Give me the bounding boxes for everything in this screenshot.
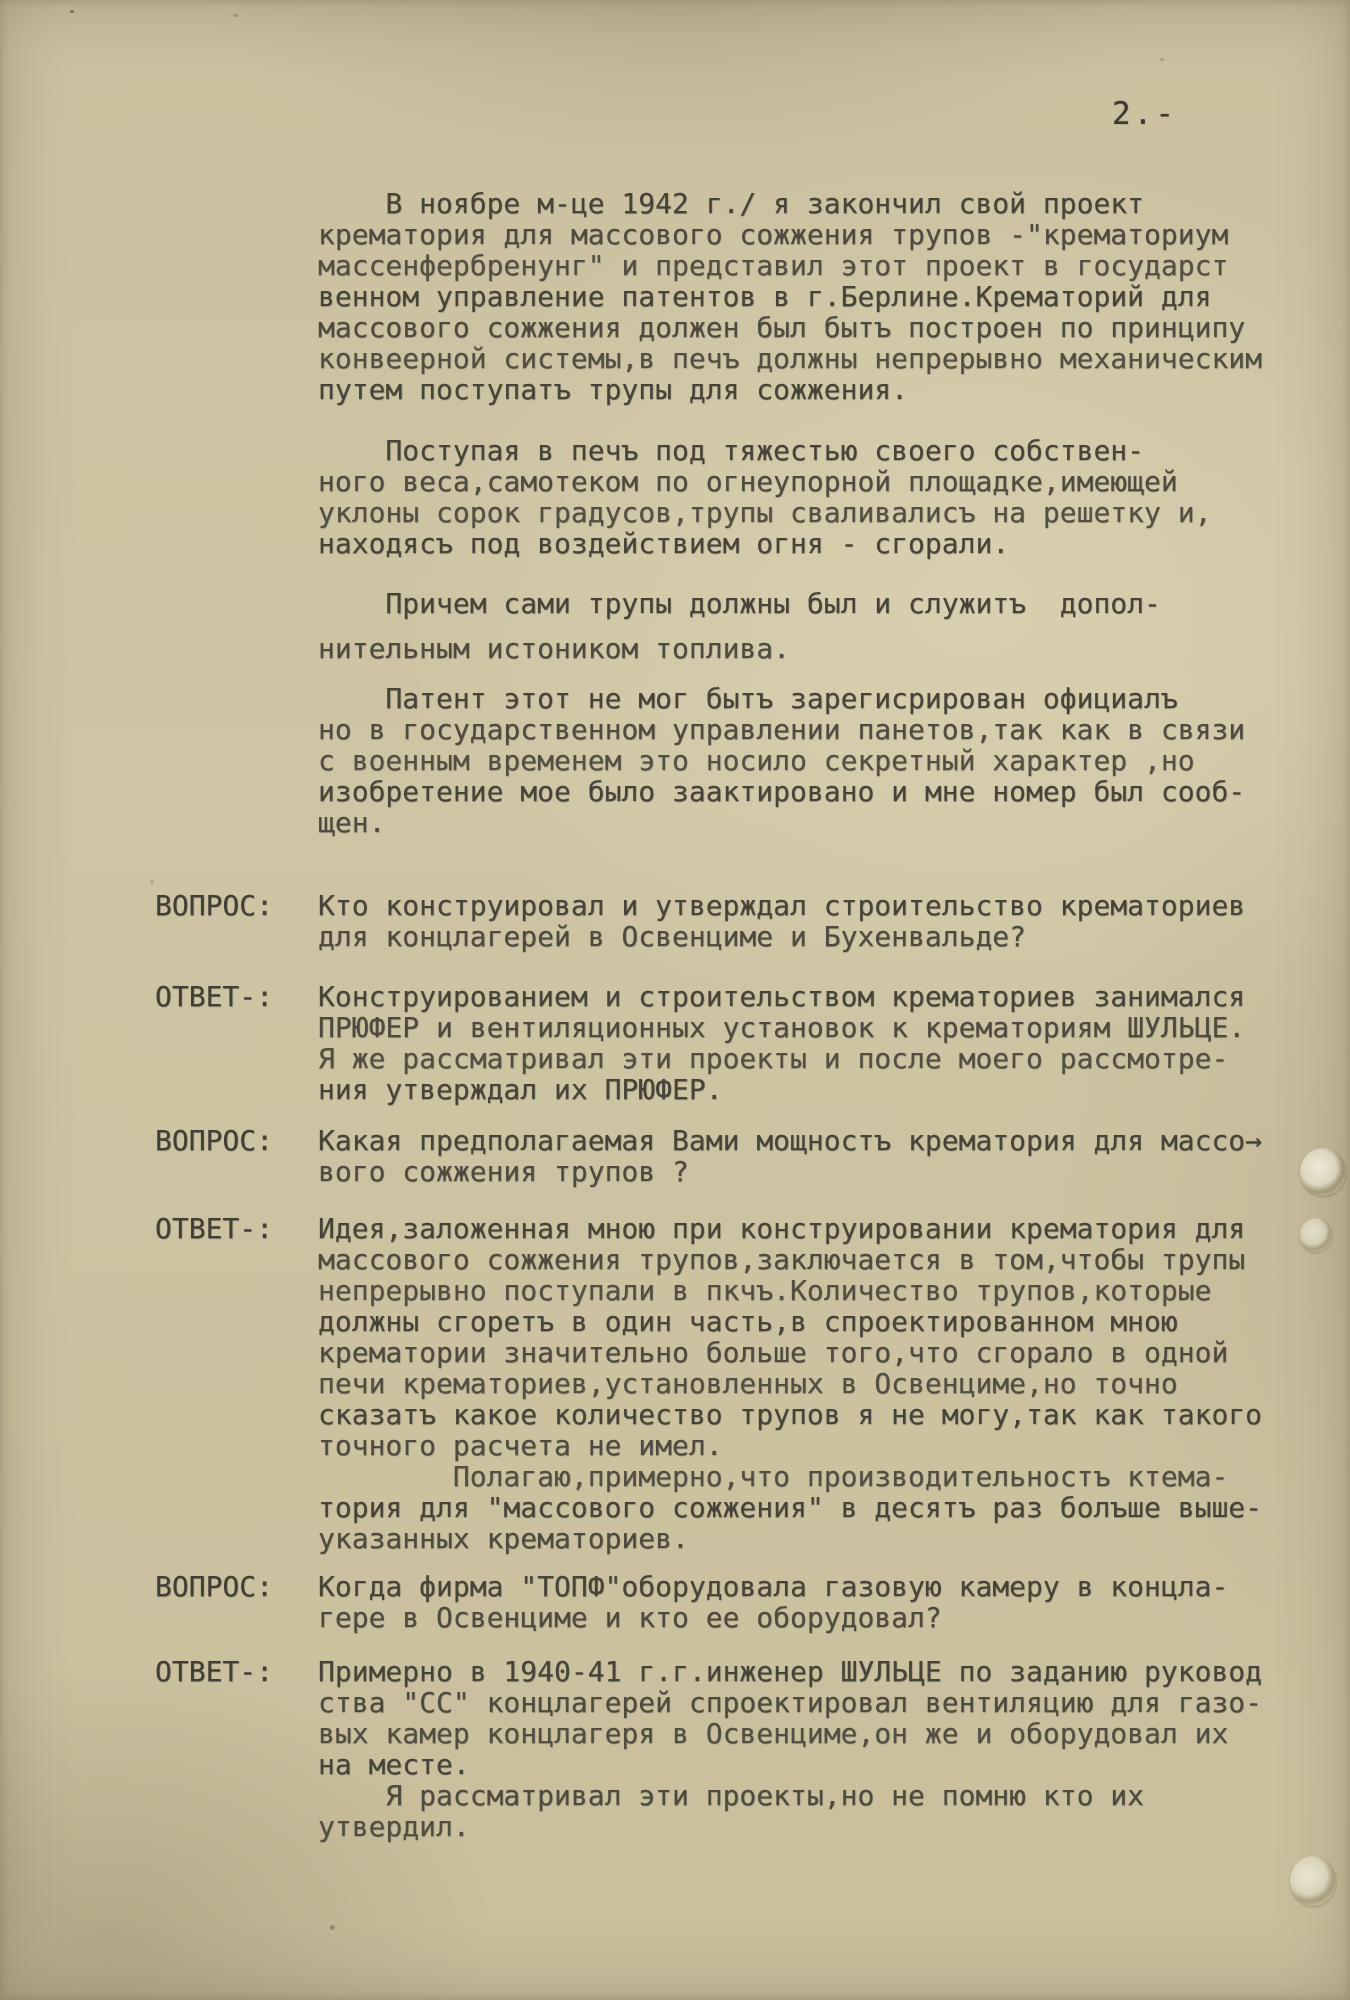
scanned-document-page: 2.- В ноябре м-це 1942 г./ я закончил св… [0,0,1350,2000]
text-line: утвердил. [318,1811,1350,1842]
paragraph-block: Патент этот не мог бытъ зарегисрирован о… [0,683,1350,838]
text-line: Причем сами трупы должны был и служитъ д… [318,581,1350,626]
text-line: В ноябре м-це 1942 г./ я закончил свой п… [318,188,1350,219]
qa-label: ОТВЕТ-: [155,1656,273,1687]
text-line: Кто конструировал и утверждал строительс… [318,890,1350,921]
text-line: с военным временем это носило секретный … [318,745,1350,776]
qa-label: ВОПРОС: [155,1125,273,1156]
text-line: ного веса,самотеком по огнеупорной площа… [318,466,1350,497]
text-line: уклоны сорок градусов,трупы сваливалисъ … [318,497,1350,528]
text-line: крематория для массового сожжения трупов… [318,219,1350,250]
text-line: Идея,заложенная мною при конструировании… [318,1213,1350,1244]
ink-speck [233,14,238,17]
text-line: изобретение мое было заактировано и мне … [318,776,1350,807]
text-line: ния утверждал их ПРЮФЕР. [318,1074,1350,1105]
text-line: вых камер концлагеря в Освенциме,он же и… [318,1718,1350,1749]
text-line: должны сгоретъ в один часть,в спроектиро… [318,1306,1350,1337]
qa-block: ОТВЕТ-:Идея,заложенная мною при конструи… [0,1213,1350,1554]
qa-block: ВОПРОС:Кто конструировал и утверждал стр… [0,890,1350,952]
text-line: Поступая в печъ под тяжестью своего собс… [318,435,1350,466]
text-line: указанных крематориев. [318,1523,1350,1554]
text-line: Когда фирма "ТОПФ"оборудовала газовую ка… [318,1571,1350,1602]
ink-speck [1160,58,1164,61]
text-line: конвеерной системы,в печъ должны непреры… [318,343,1350,374]
qa-label: ОТВЕТ-: [155,981,273,1012]
text-line: Я рассматривал эти проекты,но не помню к… [318,1780,1350,1811]
text-line: Какая предполагаемая Вами мощностъ крема… [318,1125,1350,1156]
text-line: Я же рассматривал эти проекты и после мо… [318,1043,1350,1074]
text-line: находясъ под воздействием огня - сгорали… [318,528,1350,559]
text-line: вого сожжения трупов ? [318,1156,1350,1187]
paragraph-block: Поступая в печъ под тяжестью своего собс… [0,435,1350,559]
text-line: массенфербренунг" и представил этот прое… [318,250,1350,281]
text-line: непрерывно поступали в пкчъ.Количество т… [318,1275,1350,1306]
text-line: Конструированием и строительством кремат… [318,981,1350,1012]
qa-block: ВОПРОС:Когда фирма "ТОПФ"оборудовала газ… [0,1571,1350,1633]
text-line: Полагаю,примерно,что производительностъ … [318,1461,1350,1492]
text-line: Примерно в 1940-41 г.г.инженер ШУЛЬЦЕ по… [318,1656,1350,1687]
text-line: щен. [318,807,1350,838]
paper-blemish [1300,1148,1346,1196]
text-line: сказатъ какое количество трупов я не мог… [318,1399,1350,1430]
text-line: гере в Освенциме и кто ее оборудовал? [318,1602,1350,1633]
text-line: ПРЮФЕР и вентиляционных установок к крем… [318,1012,1350,1043]
text-line: крематории значительно больше того,что с… [318,1337,1350,1368]
ink-speck [70,10,74,13]
ink-speck [150,880,154,884]
qa-block: ВОПРОС:Какая предполагаемая Вами мощност… [0,1125,1350,1187]
paragraph-block: Причем сами трупы должны был и служитъ д… [0,581,1350,671]
text-line: массового сожжения трупов,заключается в … [318,1244,1350,1275]
text-line: Патент этот не мог бытъ зарегисрирован о… [318,683,1350,714]
text-line: нительным истоником топлива. [318,626,1350,671]
text-line: точного расчета не имел. [318,1430,1350,1461]
text-line: печи крематориев,установленных в Освенци… [318,1368,1350,1399]
qa-label: ВОПРОС: [155,1571,273,1602]
qa-label: ОТВЕТ-: [155,1213,273,1244]
text-line: тория для "массового сожжения" в десятъ … [318,1492,1350,1523]
qa-block: ОТВЕТ-:Конструированием и строительством… [0,981,1350,1105]
text-line: но в государственном управлении панетов,… [318,714,1350,745]
text-line: для концлагерей в Освенциме и Бухенвальд… [318,921,1350,952]
paper-blemish [1300,1218,1332,1252]
qa-label: ВОПРОС: [155,890,273,921]
text-line: венном управление патентов в г.Берлине.К… [318,281,1350,312]
paragraph-block: В ноябре м-це 1942 г./ я закончил свой п… [0,188,1350,405]
qa-block: ОТВЕТ-:Примерно в 1940-41 г.г.инженер ШУ… [0,1656,1350,1842]
text-line: на месте. [318,1749,1350,1780]
text-line: путем поступатъ трупы для сожжения. [318,374,1350,405]
paper-blemish [1290,1856,1336,1906]
ink-speck [330,1925,335,1930]
document-body: В ноябре м-це 1942 г./ я закончил свой п… [0,0,1350,2000]
text-line: ства "СС" концлагерей спроектировал вент… [318,1687,1350,1718]
text-line: массового сожжения должен был бытъ постр… [318,312,1350,343]
